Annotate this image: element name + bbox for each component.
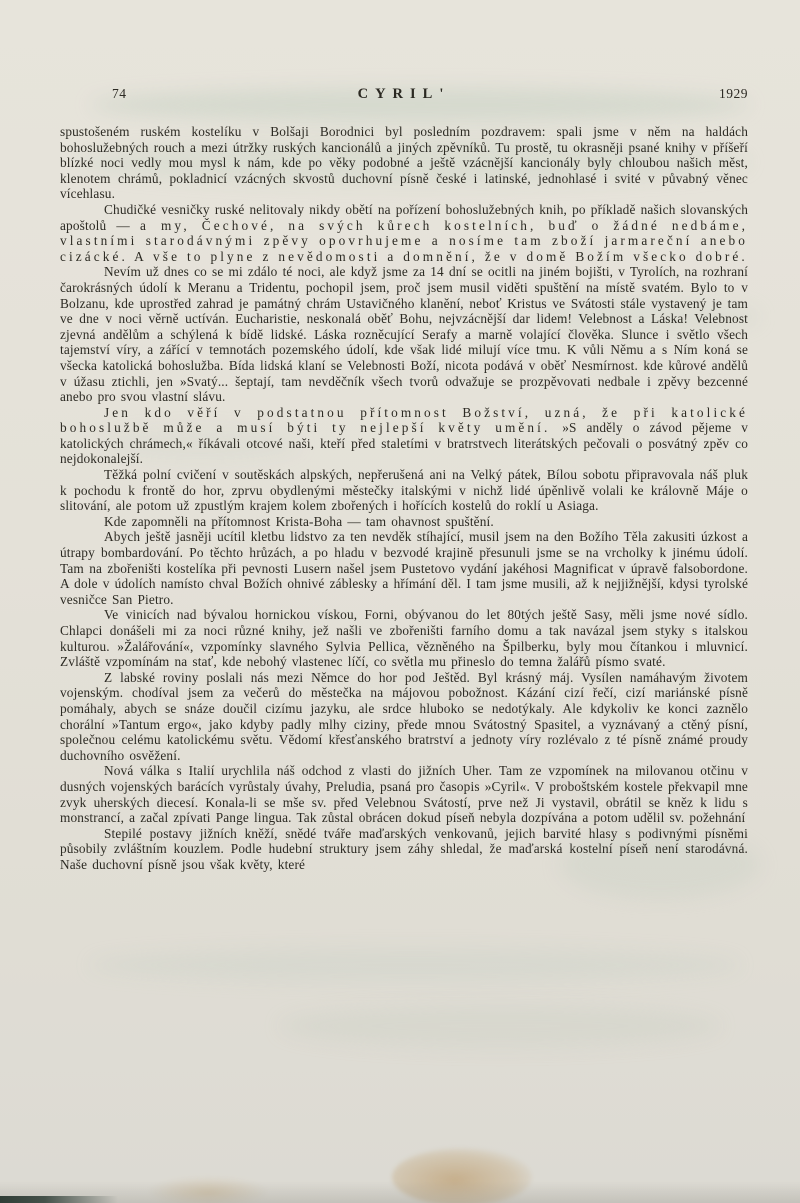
paragraph: Z labské roviny poslali nás mezi Němce d… xyxy=(60,670,748,764)
body-text: Kde zapomněli na přítomnost Krista-Boha … xyxy=(104,514,494,529)
body-text: Nová válka s Italií urychlila náš odchod… xyxy=(60,763,748,825)
paragraph: Jen kdo věří v podstatnou přítomnost Bož… xyxy=(60,405,748,467)
paragraph: spustošeném ruském kostelíku v Bolšaji B… xyxy=(60,124,748,202)
paragraph: Chudičké vesničky ruské nelitovaly nikdy… xyxy=(60,202,748,264)
body-text: Z labské roviny poslali nás mezi Němce d… xyxy=(60,670,748,763)
scanned-page: { "header": { "page_number": "74", "jour… xyxy=(0,0,800,1203)
body-text: Stepilé postavy jižních kněží, snědé tvá… xyxy=(60,826,748,872)
paragraph: Nová válka s Italií urychlila náš odchod… xyxy=(60,763,748,825)
page-header: 74 CYRIL' 1929 xyxy=(60,86,748,104)
paragraph: Ve vinicích nad bývalou hornickou vískou… xyxy=(60,607,748,669)
body-text: Abych ještě jasněji ucítil kletbu lidstv… xyxy=(60,529,748,606)
journal-title: CYRIL' xyxy=(60,86,748,103)
paragraph: Těžká polní cvičení v soutěskách alpskýc… xyxy=(60,467,748,514)
paragraph: Nevím už dnes co se mi zdálo té noci, al… xyxy=(60,264,748,404)
paragraph: Stepilé postavy jižních kněží, snědé tvá… xyxy=(60,826,748,873)
body-text: Ve vinicích nad bývalou hornickou vískou… xyxy=(60,607,748,669)
body-text: Těžká polní cvičení v soutěskách alpskýc… xyxy=(60,467,748,513)
body-text: Nevím už dnes co se mi zdálo té noci, al… xyxy=(60,264,748,404)
emphasized-spaced-text: a my, Čechové, na svých kůrech kostelníc… xyxy=(60,218,748,264)
article-text: spustošeném ruském kostelíku v Bolšaji B… xyxy=(60,124,748,873)
body-text: spustošeném ruském kostelíku v Bolšaji B… xyxy=(60,124,748,201)
paragraph: Kde zapomněli na přítomnost Krista-Boha … xyxy=(60,514,748,530)
paragraph: Abych ještě jasněji ucítil kletbu lidstv… xyxy=(60,529,748,607)
page-bottom-shadow xyxy=(0,1181,800,1203)
scan-edge-dark xyxy=(0,1196,118,1203)
